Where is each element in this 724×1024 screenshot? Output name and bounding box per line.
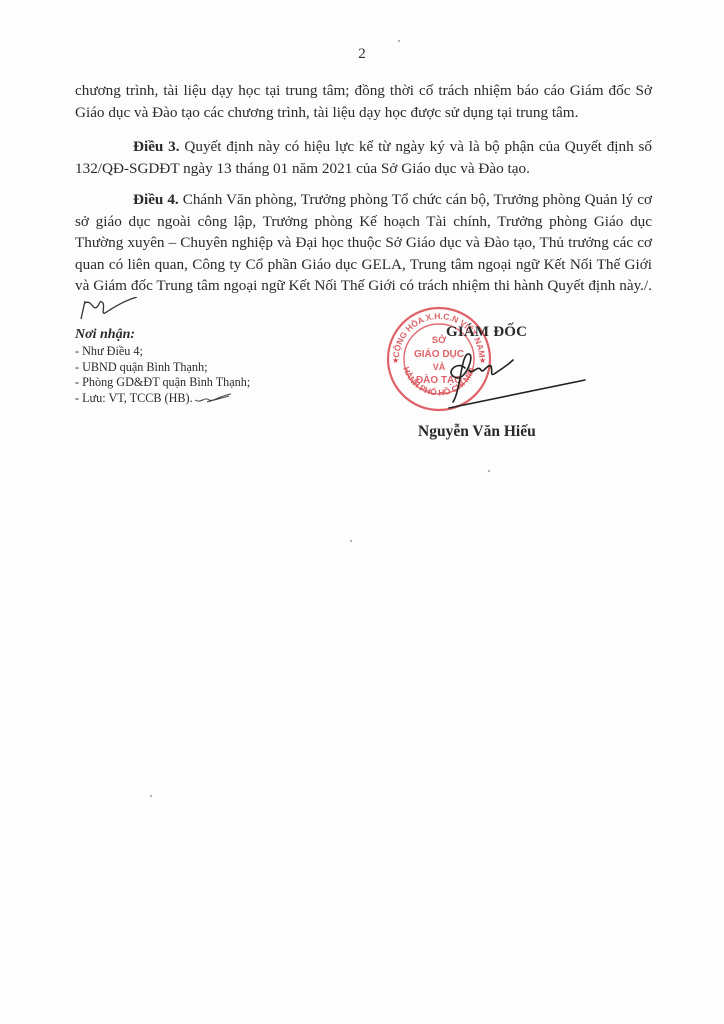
recipients-block: Nơi nhận: - Như Điều 4; - UBND quận Bình… xyxy=(75,326,250,406)
signer-name: Nguyễn Văn Hiếu xyxy=(418,423,536,441)
article-3-label: Điều 3. xyxy=(133,138,180,155)
article-4-label: Điều 4. xyxy=(133,191,179,208)
handwritten-signature-icon xyxy=(435,350,605,410)
scan-speck xyxy=(398,40,400,42)
scan-speck xyxy=(150,795,152,797)
initials-mark-icon xyxy=(77,297,147,321)
recipient-item: - Phòng GD&ĐT quận Bình Thạnh; xyxy=(75,375,250,391)
article-4-text: Điều 4. Chánh Văn phòng, Trưởng phòng Tổ… xyxy=(75,189,652,321)
article-4: Điều 4. Chánh Văn phòng, Trưởng phòng Tổ… xyxy=(75,189,652,321)
paragraph-text: chương trình, tài liệu dạy học tại trung… xyxy=(75,80,652,123)
recipients-title: Nơi nhận: xyxy=(75,326,250,344)
paragraph-continuation: chương trình, tài liệu dạy học tại trung… xyxy=(75,80,652,123)
recipient-item: - Lưu: VT, TCCB (HB). xyxy=(75,391,250,407)
signer-title: GIÁM ĐỐC xyxy=(446,324,527,341)
recipient-item: - UBND quận Bình Thạnh; xyxy=(75,360,250,376)
article-3-text: Điều 3. Quyết định này có hiệu lực kể từ… xyxy=(75,136,652,179)
svg-text:★: ★ xyxy=(392,356,399,365)
article-3: Điều 3. Quyết định này có hiệu lực kể từ… xyxy=(75,136,652,179)
svg-text:SỞ: SỞ xyxy=(432,334,447,346)
scan-speck xyxy=(350,540,352,542)
recipient-item: - Như Điều 4; xyxy=(75,344,250,360)
page-number: 2 xyxy=(0,46,724,63)
scan-speck xyxy=(488,470,490,472)
clerk-initials-icon xyxy=(193,392,233,404)
